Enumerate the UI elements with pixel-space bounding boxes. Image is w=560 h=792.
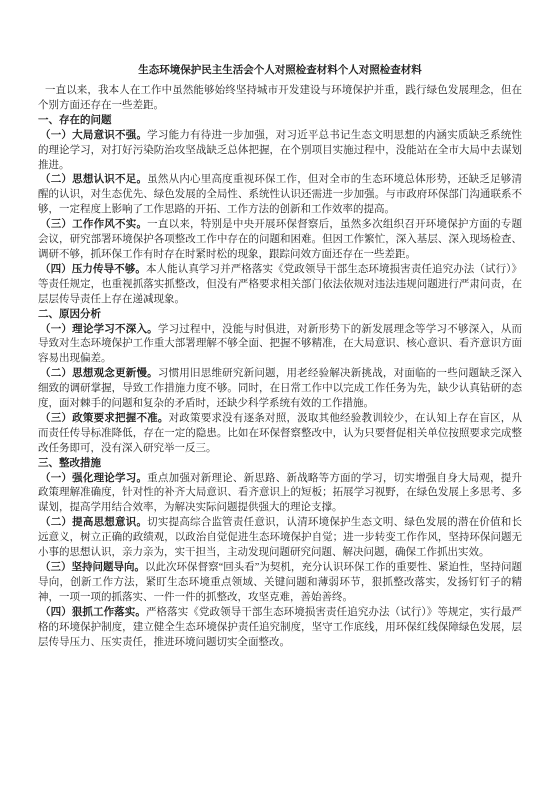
item-lead: （二）思想认识不足。: [40, 174, 147, 185]
list-item: （一）强化理论学习。重点加强对新理论、新思路、新战略等方面的学习，切实增强自身大…: [38, 472, 522, 517]
item-lead: （三）政策要求把握不准。: [40, 413, 169, 424]
section-heading-causes: 二、原因分析: [38, 308, 522, 323]
section-heading-measures: 三、整改措施: [38, 457, 522, 472]
item-lead: （一）大局意识不强。: [40, 130, 147, 141]
item-lead: （四）狠抓工作落实。: [40, 607, 146, 618]
item-lead: （一）强化理论学习。: [40, 473, 147, 484]
list-item: （三）政策要求把握不准。对政策要求没有逐条对照，汲取其他经验教训较少，在认知上存…: [38, 412, 522, 457]
document-content: 生态环境保护民主生活会个人对照检查材料个人对照检查材料 一直以来，我本人在工作中…: [38, 63, 522, 650]
item-lead: （三）工作作风不实。: [40, 219, 147, 230]
item-lead: （二）思想观念更新慢。: [40, 368, 158, 379]
list-item: （一）大局意识不强。学习能力有待进一步加强，对习近平总书记生态文明思想的内涵实质…: [38, 129, 522, 174]
item-lead: （二）提高思想意识。: [40, 517, 147, 528]
list-item: （三）坚持问题导向。以此次环保督察“回头看”为契机，充分认识环保工作的重要性、紧…: [38, 561, 522, 606]
list-item: （二）思想认识不足。虽然从内心里高度重视环保工作，但对全市的生态环境总体形势，还…: [38, 173, 522, 218]
list-item: （三）工作作风不实。一直以来，特别是中央开展环保督察后，虽然多次组织召开环境保护…: [38, 218, 522, 263]
list-item: （一）理论学习不深入。学习过程中，没能与时俱进，对新形势下的新发展理念等学习不够…: [38, 323, 522, 368]
list-item: （四）狠抓工作落实。严格落实《党政领导干部生态环境损害责任追究办法（试行）》等规…: [38, 606, 522, 651]
list-item: （二）提高思想意识。切实提高综合监管责任意识，认清环境保护生态文明、绿色发展的潜…: [38, 516, 522, 561]
item-lead: （一）理论学习不深入。: [40, 324, 158, 335]
list-item: （二）思想观念更新慢。习惯用旧思维研究新问题，用老经验解决新挑战，对面临的一些问…: [38, 367, 522, 412]
list-item: （四）压力传导不够。本人能认真学习并严格落实《党政领导干部生态环境损害责任追究办…: [38, 263, 522, 308]
document-title: 生态环境保护民主生活会个人对照检查材料个人对照检查材料: [38, 63, 522, 78]
intro-paragraph: 一直以来，我本人在工作中虽然能够始终坚持城市开发建设与环境保护并重，践行绿色发展…: [38, 84, 522, 114]
item-lead: （四）压力传导不够。: [40, 264, 146, 275]
document-page: 生态环境保护民主生活会个人对照检查材料个人对照检查材料 一直以来，我本人在工作中…: [0, 0, 560, 792]
section-heading-problems: 一、存在的问题: [38, 114, 522, 129]
item-lead: （三）坚持问题导向。: [40, 562, 145, 573]
